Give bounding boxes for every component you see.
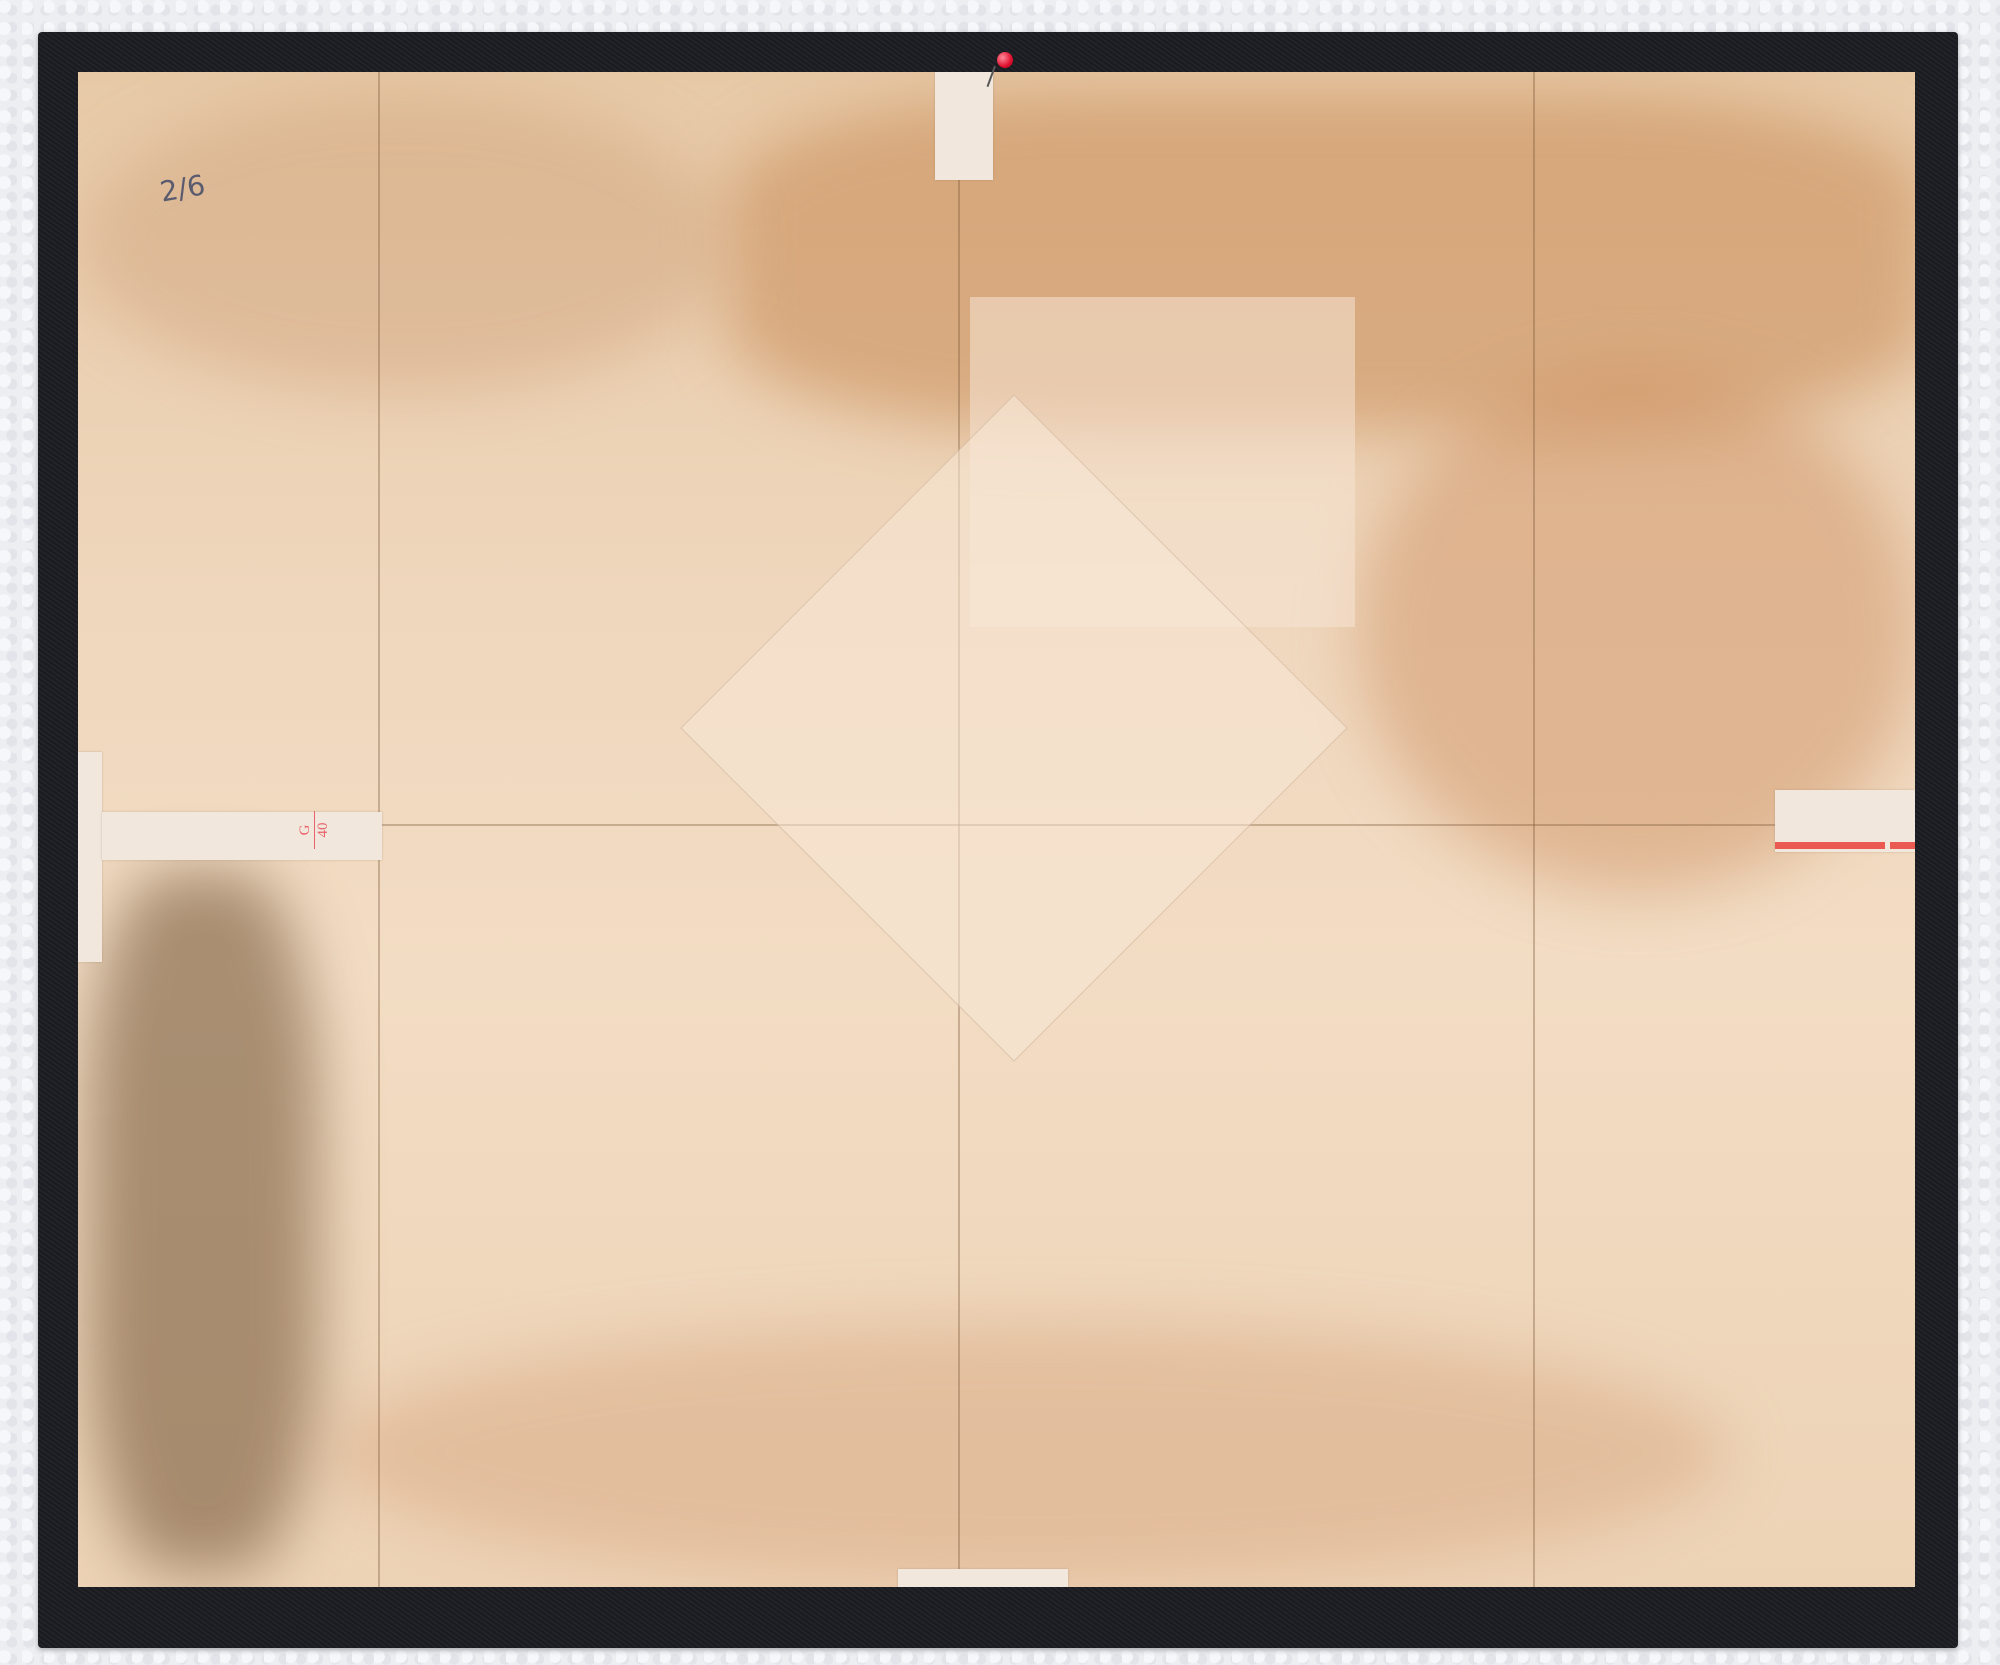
tape-top-center <box>935 72 993 180</box>
label-numerator: G <box>297 825 313 836</box>
stain-left-lower-panel <box>88 872 318 1572</box>
red-stripe-long <box>1775 842 1885 849</box>
tape-label-g40: G 40 <box>297 811 341 849</box>
stain-top-left <box>78 92 728 392</box>
tape-left-edge <box>78 752 102 962</box>
red-stripe-short <box>1890 842 1915 849</box>
fold-vertical-right <box>1533 72 1535 1587</box>
aged-paper-sheet <box>78 72 1915 1587</box>
red-pin-icon <box>997 52 1013 68</box>
label-denominator: 40 <box>314 811 332 849</box>
stain-bottom <box>328 1322 1728 1582</box>
tape-bottom-center <box>898 1569 1068 1587</box>
